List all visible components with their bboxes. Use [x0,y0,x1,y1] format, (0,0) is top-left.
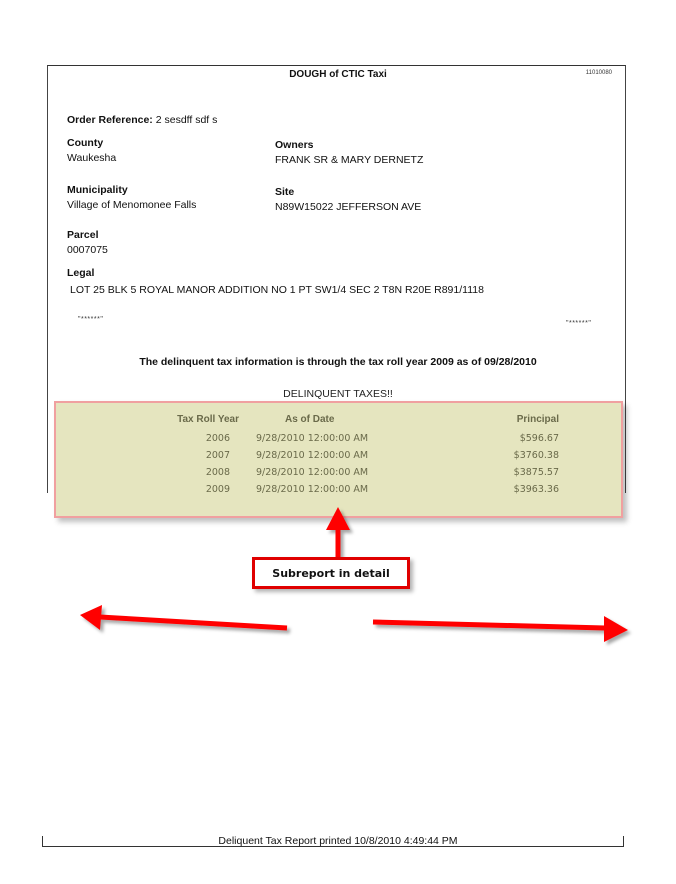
row-tax-roll-year: 2008 [206,467,230,478]
parcel-value: 0007075 [67,244,108,256]
stars-left: "******" [78,316,103,323]
county-label: County [67,137,103,149]
header-as-of-date: As of Date [285,414,334,425]
header-principal: Principal [517,414,559,425]
row-principal: $3963.36 [514,484,559,495]
subreport-callout: Subreport in detail [252,557,410,589]
document-number: 11010080 [586,70,612,76]
order-reference: Order Reference: 2 sesdff sdf s [67,114,217,126]
report-title: DOUGH of CTIC Taxi [0,69,676,80]
owners-label: Owners [275,139,314,151]
municipality-label: Municipality [67,184,128,196]
row-tax-roll-year: 2006 [206,433,230,444]
row-as-of-date: 9/28/2010 12:00:00 AM [256,450,368,461]
row-principal: $3760.38 [514,450,559,461]
row-as-of-date: 9/28/2010 12:00:00 AM [256,433,368,444]
section-title: DELINQUENT TAXES!! [0,388,676,400]
row-tax-roll-year: 2009 [206,484,230,495]
legal-value: LOT 25 BLK 5 ROYAL MANOR ADDITION NO 1 P… [70,284,484,296]
parcel-label: Parcel [67,229,99,241]
row-tax-roll-year: 2007 [206,450,230,461]
site-value: N89W15022 JEFFERSON AVE [275,201,421,213]
county-value: Waukesha [67,152,116,164]
row-as-of-date: 9/28/2010 12:00:00 AM [256,467,368,478]
order-reference-label: Order Reference: [67,114,153,126]
callout-label: Subreport in detail [272,567,389,580]
header-tax-roll-year: Tax Roll Year [177,414,239,425]
municipality-value: Village of Menomonee Falls [67,199,196,211]
owners-value: FRANK SR & MARY DERNETZ [275,154,423,166]
stars-right: "******" [566,320,591,327]
row-principal: $596.67 [520,433,559,444]
right-arrow-shaft [373,622,605,628]
right-arrow-head-icon [604,616,628,642]
left-arrow-shaft [100,617,287,628]
subreport-panel: Tax Roll Year As of Date Principal 20069… [54,401,623,518]
legal-label: Legal [67,267,94,279]
footer-text: Deliquent Tax Report printed 10/8/2010 4… [0,835,676,847]
order-reference-value: 2 sesdff sdf s [156,114,218,126]
delinquent-notice: The delinquent tax information is throug… [0,356,676,368]
row-as-of-date: 9/28/2010 12:00:00 AM [256,484,368,495]
row-principal: $3875.57 [514,467,559,478]
left-arrow-head-icon [80,605,102,630]
site-label: Site [275,186,294,198]
